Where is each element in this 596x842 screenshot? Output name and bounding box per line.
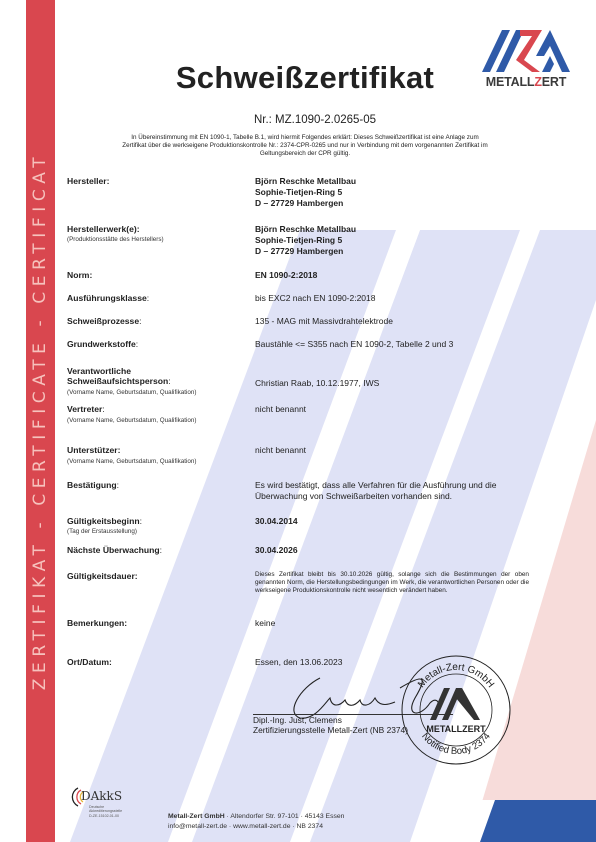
sublabel-unterstuetzer: (Vorname Name, Geburtsdatum, Qualifikati… xyxy=(67,458,197,465)
value-naechste-ueberwachung: 30.04.2026 xyxy=(255,545,298,556)
value-aufsichtsperson: Christian Raab, 10.12.1977, IWS xyxy=(255,378,379,389)
label-grundwerkstoffe: Grundwerkstoffe: xyxy=(67,339,138,349)
dakks-logo: DAkkS Deutsche Akkreditierungsstelle D-Z… xyxy=(68,786,138,831)
value-norm: EN 1090-2:2018 xyxy=(255,270,317,281)
label-bestaetigung: Bestätigung: xyxy=(67,480,119,490)
svg-text:Notified Body 2374: Notified Body 2374 xyxy=(419,731,493,757)
signer-name: Dipl.-Ing. Just, Clemens xyxy=(253,715,408,725)
footer-contact: Metall-Zert GmbH · Altendorfer Str. 97-1… xyxy=(168,812,344,832)
metallzert-logo-icon xyxy=(480,26,572,76)
label-ort-datum: Ort/Datum: xyxy=(67,657,112,667)
value-gueltigkeitsbeginn: 30.04.2014 xyxy=(255,516,298,527)
label-herstellerwerk: Herstellerwerk(e): xyxy=(67,224,140,234)
signer-block: Dipl.-Ing. Just, Clemens Zertifizierungs… xyxy=(253,715,408,735)
label-schweissprozesse: Schweißprozesse: xyxy=(67,316,142,326)
dakks-title: DAkkS xyxy=(81,789,122,803)
svg-text:Metall-Zert GmbH: Metall-Zert GmbH xyxy=(416,662,496,690)
intro-statement: In Übereinstimmung mit EN 1090-1, Tabell… xyxy=(120,134,490,159)
label-ausfuehrungsklasse: Ausführungsklasse: xyxy=(67,293,149,303)
sublabel-herstellerwerk: (Produktionsstätte des Herstellers) xyxy=(67,236,164,243)
value-ort-datum: Essen, den 13.06.2023 xyxy=(255,657,342,668)
value-gueltigkeitsdauer: Dieses Zertifikat bleibt bis 30.10.2026 … xyxy=(255,571,529,596)
metallzert-stamp-icon: Metall-Zert GmbH Notified Body 2374 META… xyxy=(400,654,512,766)
sublabel-gueltigkeitsbeginn: (Tag der Erstausstellung) xyxy=(67,528,137,535)
label-hersteller: Hersteller: xyxy=(67,176,110,186)
label-aufsichtsperson: Verantwortliche Schweißaufsichtsperson: xyxy=(67,366,171,386)
value-bemerkungen: keine xyxy=(255,618,275,629)
sublabel-aufsichtsperson: (Vorname Name, Geburtsdatum, Qualifikati… xyxy=(67,389,197,396)
footer-address: · Altendorfer Str. 97-101 · 45143 Essen xyxy=(225,813,345,820)
value-schweissprozesse: 135 - MAG mit Massivdrahtelektrode xyxy=(255,316,393,327)
document-title: Schweißzertifikat xyxy=(150,60,460,96)
label-vertreter: Vertreter: xyxy=(67,404,105,414)
value-vertreter: nicht benannt xyxy=(255,404,306,415)
label-gueltigkeitsbeginn: Gültigkeitsbeginn: xyxy=(67,516,142,526)
label-norm: Norm: xyxy=(67,270,92,280)
value-unterstuetzer: nicht benannt xyxy=(255,445,306,456)
label-unterstuetzer: Unterstützer: xyxy=(67,445,120,455)
footer-company: Metall-Zert GmbH xyxy=(168,813,225,820)
footer-web: info@metall-zert.de · www.metall-zert.de… xyxy=(168,822,344,832)
logo-wordmark: METALLZERT xyxy=(480,75,572,89)
value-grundwerkstoffe: Baustähle <= S355 nach EN 1090-2, Tabell… xyxy=(255,339,453,350)
value-herstellerwerk: Björn Reschke Metallbau Sophie-Tietjen-R… xyxy=(255,224,356,257)
label-bemerkungen: Bemerkungen: xyxy=(67,618,127,628)
sublabel-vertreter: (Vorname Name, Geburtsdatum, Qualifikati… xyxy=(67,417,197,424)
dakks-subtitle: Deutsche Akkreditierungsstelle D-ZE-1510… xyxy=(89,805,122,818)
value-bestaetigung: Es wird bestätigt, dass alle Verfahren f… xyxy=(255,480,545,502)
value-ausfuehrungsklasse: bis EXC2 nach EN 1090-2:2018 xyxy=(255,293,376,304)
label-gueltigkeitsdauer: Gültigkeitsdauer: xyxy=(67,571,138,581)
svg-text:METALLZERT: METALLZERT xyxy=(426,724,486,734)
metallzert-logo: METALLZERT xyxy=(480,26,572,96)
label-naechste-ueberwachung: Nächste Überwachung: xyxy=(67,545,162,555)
certificate-number: Nr.: MZ.1090-2.0265-05 xyxy=(150,114,480,126)
signer-role: Zertifizierungsstelle Metall-Zert (NB 23… xyxy=(253,725,408,735)
value-hersteller: Björn Reschke Metallbau Sophie-Tietjen-R… xyxy=(255,176,356,209)
